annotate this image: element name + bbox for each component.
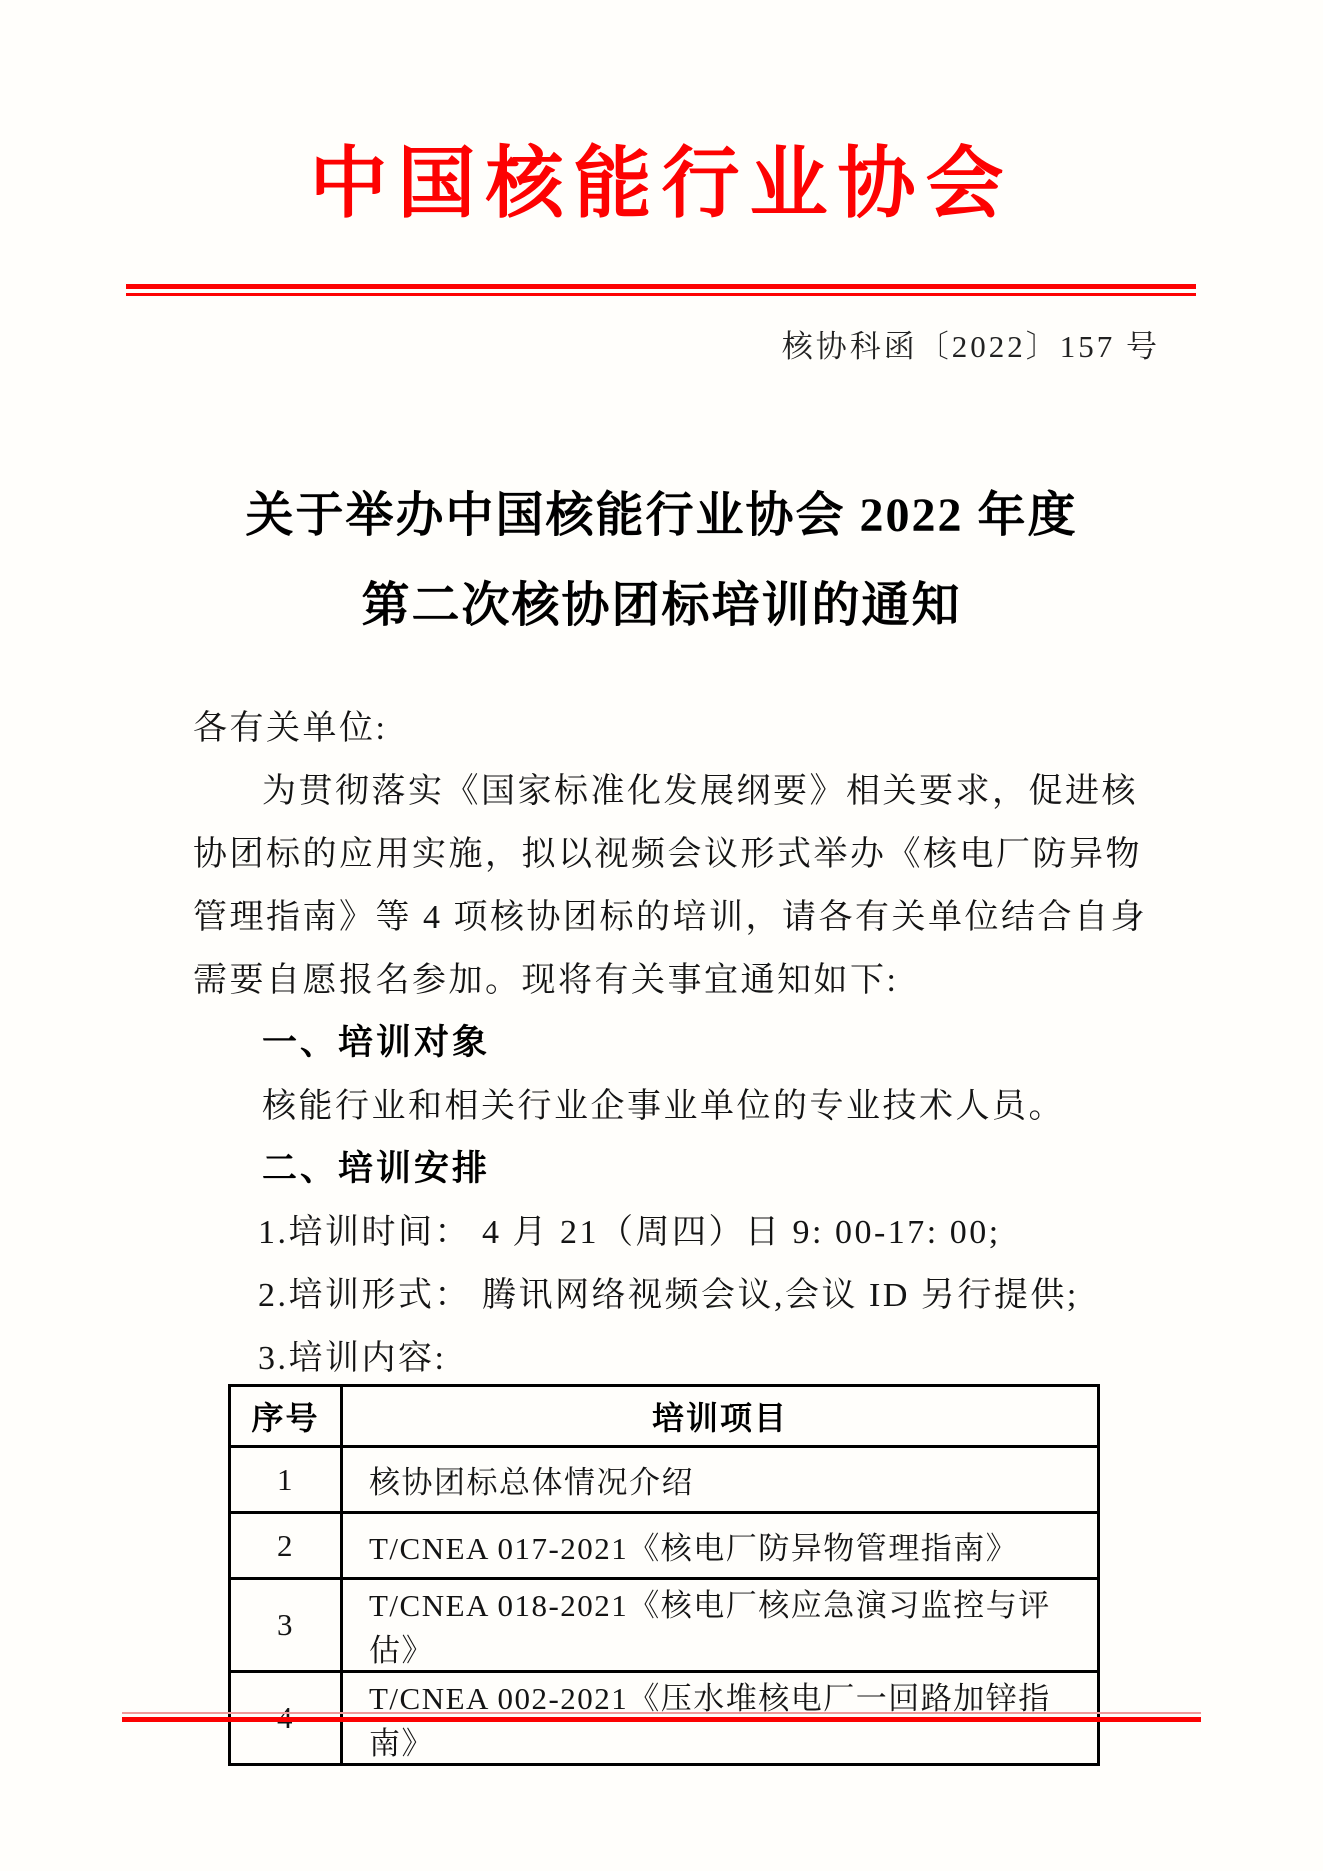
training-items-table: 序号 培训项目 1 核协团标总体情况介绍 2 T/CNEA 017-2021《核… bbox=[228, 1384, 1100, 1766]
row-item: 核协团标总体情况介绍 bbox=[342, 1447, 1099, 1513]
row-item: T/CNEA 018-2021《核电厂核应急演习监控与评估》 bbox=[342, 1579, 1099, 1672]
document-title-line1: 关于举办中国核能行业协会 2022 年度 bbox=[0, 486, 1323, 546]
salutation: 各有关单位: bbox=[193, 707, 387, 751]
training-time-item: 1.培训时间： 4 月 21（周四）日 9: 00-17: 00; bbox=[258, 1211, 1001, 1255]
notice-page: 中国核能行业协会 核协科函〔2022〕157 号 关于举办中国核能行业协会 20… bbox=[0, 0, 1323, 1871]
paragraph-line: 管理指南》等 4 项核协团标的培训，请各有关单位结合自身 bbox=[193, 896, 1147, 940]
training-content-item: 3.培训内容: bbox=[258, 1337, 446, 1381]
row-number: 2 bbox=[230, 1513, 342, 1579]
organization-name: 中国核能行业协会 bbox=[0, 138, 1323, 230]
table-row: 1 核协团标总体情况介绍 bbox=[230, 1447, 1099, 1513]
paragraph-line: 为贯彻落实《国家标准化发展纲要》相关要求，促进核 bbox=[262, 770, 1138, 814]
training-format-item: 2.培训形式： 腾讯网络视频会议,会议 ID 另行提供; bbox=[258, 1274, 1079, 1318]
section1-text: 核能行业和相关行业企事业单位的专业技术人员。 bbox=[262, 1085, 1065, 1129]
paragraph-line: 协团标的应用实施，拟以视频会议形式举办《核电厂防异物 bbox=[193, 833, 1142, 877]
row-number: 3 bbox=[230, 1579, 342, 1672]
section1-heading: 一、培训对象 bbox=[262, 1021, 490, 1065]
paragraph-line: 需要自愿报名参加。现将有关事宜通知如下: bbox=[193, 959, 898, 1003]
row-number: 1 bbox=[230, 1447, 342, 1513]
table-row: 3 T/CNEA 018-2021《核电厂核应急演习监控与评估》 bbox=[230, 1579, 1099, 1672]
header-double-rule bbox=[126, 284, 1196, 296]
footer-double-rule bbox=[122, 1712, 1201, 1722]
column-header-no: 序号 bbox=[230, 1386, 342, 1447]
document-title-line2: 第二次核协团标培训的通知 bbox=[0, 576, 1323, 636]
section2-heading: 二、培训安排 bbox=[262, 1147, 490, 1191]
table-row: 2 T/CNEA 017-2021《核电厂防异物管理指南》 bbox=[230, 1513, 1099, 1579]
document-number: 核协科函〔2022〕157 号 bbox=[782, 326, 1160, 368]
row-item: T/CNEA 017-2021《核电厂防异物管理指南》 bbox=[342, 1513, 1099, 1579]
table-header-row: 序号 培训项目 bbox=[230, 1386, 1099, 1447]
column-header-item: 培训项目 bbox=[342, 1386, 1099, 1447]
